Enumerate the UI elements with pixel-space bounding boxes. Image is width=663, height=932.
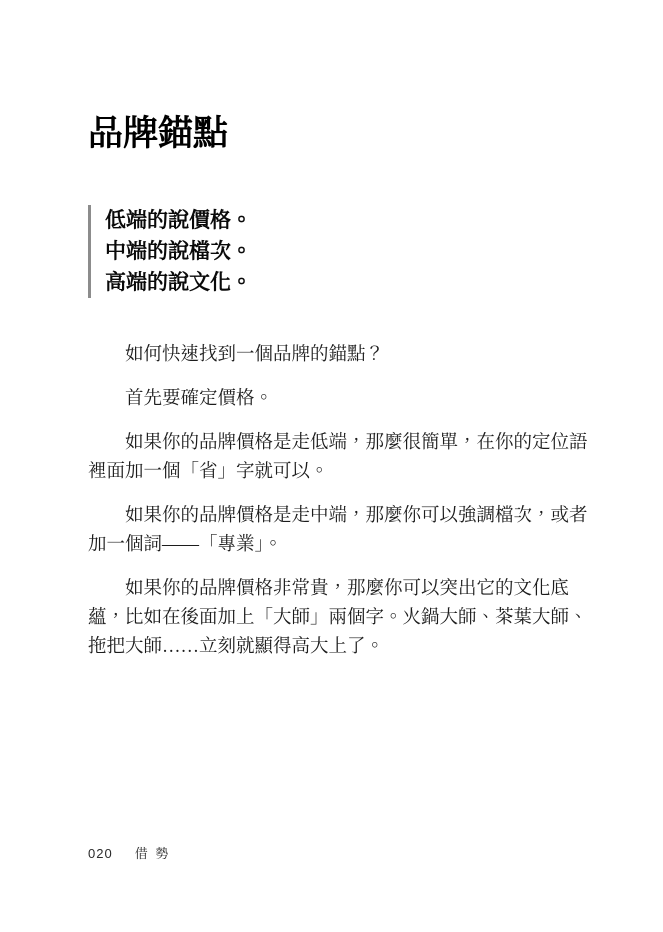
text-line: 如果你的品牌價格是走低端，那麼很簡單，在你的定位語 (88, 429, 598, 458)
body-paragraph: 如果你的品牌價格非常貴，那麼你可以突出它的文化底 蘊，比如在後面加上「大師」兩個… (88, 575, 598, 662)
running-title: 借 勢 (135, 845, 171, 862)
text-line: 如果你的品牌價格是走中端，那麼你可以強調檔次，或者 (88, 502, 598, 531)
body-paragraph: 首先要確定價格。 (88, 385, 598, 414)
body-paragraph: 如何快速找到一個品牌的錨點？ (88, 341, 598, 370)
chapter-title: 品牌錨點 (88, 114, 228, 154)
epigraph-line: 高端的說文化。 (105, 267, 252, 298)
text-line: 如果你的品牌價格非常貴，那麼你可以突出它的文化底 (88, 575, 598, 604)
text-line: 首先要確定價格。 (88, 385, 598, 414)
text-line: 如何快速找到一個品牌的錨點？ (88, 341, 598, 370)
text-line: 加一個詞——「專業」。 (88, 531, 598, 560)
page-footer: 020借 勢 (88, 845, 170, 862)
body-paragraph: 如果你的品牌價格是走低端，那麼很簡單，在你的定位語 裡面加一個「省」字就可以。 (88, 429, 598, 487)
page-number: 020 (88, 845, 113, 862)
text-line: 裡面加一個「省」字就可以。 (88, 458, 598, 487)
body-text: 如何快速找到一個品牌的錨點？ 首先要確定價格。 如果你的品牌價格是走低端，那麼很… (88, 341, 598, 677)
epigraph-block: 低端的說價格。 中端的說檔次。 高端的說文化。 (88, 205, 252, 298)
text-line: 拖把大師……立刻就顯得高大上了。 (88, 633, 598, 662)
body-paragraph: 如果你的品牌價格是走中端，那麼你可以強調檔次，或者 加一個詞——「專業」。 (88, 502, 598, 560)
book-page: 品牌錨點 低端的說價格。 中端的說檔次。 高端的說文化。 如何快速找到一個品牌的… (0, 0, 663, 932)
text-line: 蘊，比如在後面加上「大師」兩個字。火鍋大師、茶葉大師、 (88, 604, 598, 633)
epigraph-line: 低端的說價格。 (105, 205, 252, 236)
epigraph-line: 中端的說檔次。 (105, 236, 252, 267)
